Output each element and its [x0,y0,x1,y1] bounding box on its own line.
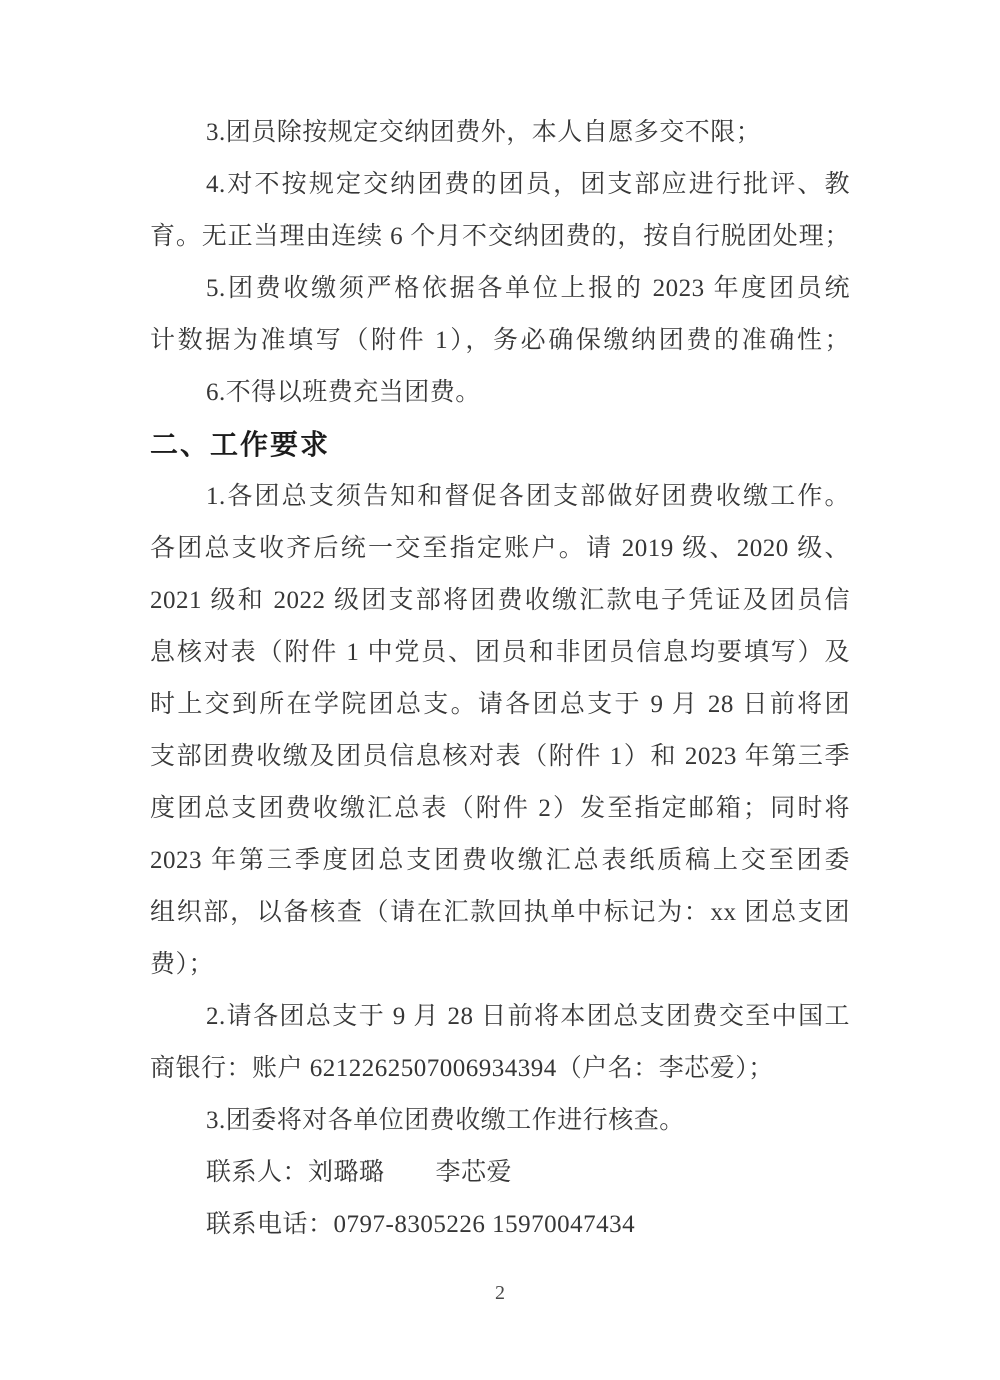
document-body: 3.团员除按规定交纳团费外，本人自愿多交不限；4.对不按规定交纳团费的团员，团支… [150,107,850,1251]
text-line: 联系人：刘璐璐 李芯爱 [150,1147,850,1199]
text-line: 各团总支收齐后统一交至指定账户。请 2019 级、2020 级、 [150,523,850,575]
text-line: 时上交到所在学院团总支。请各团总支于 9 月 28 日前将团 [150,679,850,731]
text-line: 费）； [150,939,850,991]
text-line: 联系电话：0797-8305226 15970047434 [150,1199,850,1251]
text-line: 1.各团总支须告知和督促各团支部做好团费收缴工作。 [150,471,850,523]
page-footer: 2 [0,1282,1000,1305]
text-line: 4.对不按规定交纳团费的团员，团支部应进行批评、教 [150,159,850,211]
text-line: 组织部，以备核查（请在汇款回执单中标记为：xx 团总支团 [150,887,850,939]
text-line: 育。无正当理由连续 6 个月不交纳团费的，按自行脱团处理； [150,211,850,263]
text-line: 商银行：账户 6212262507006934394（户名：李芯爱）； [150,1043,850,1095]
text-line: 计数据为准填写（附件 1），务必确保缴纳团费的准确性； [150,315,850,367]
text-line: 度团总支团费收缴汇总表（附件 2）发至指定邮箱；同时将 [150,783,850,835]
text-line: 2.请各团总支于 9 月 28 日前将本团总支团费交至中国工 [150,991,850,1043]
text-line: 2021 级和 2022 级团支部将团费收缴汇款电子凭证及团员信 [150,575,850,627]
section-heading: 二、工作要求 [150,419,850,471]
text-line: 2023 年第三季度团总支团费收缴汇总表纸质稿上交至团委 [150,835,850,887]
document-page: 3.团员除按规定交纳团费外，本人自愿多交不限；4.对不按规定交纳团费的团员，团支… [0,0,1000,1380]
text-line: 3.团员除按规定交纳团费外，本人自愿多交不限； [150,107,850,159]
text-line: 息核对表（附件 1 中党员、团员和非团员信息均要填写）及 [150,627,850,679]
text-line: 6.不得以班费充当团费。 [150,367,850,419]
text-line: 5.团费收缴须严格依据各单位上报的 2023 年度团员统 [150,263,850,315]
text-line: 支部团费收缴及团员信息核对表（附件 1）和 2023 年第三季 [150,731,850,783]
text-line: 3.团委将对各单位团费收缴工作进行核查。 [150,1095,850,1147]
page-number: 2 [495,1282,505,1304]
